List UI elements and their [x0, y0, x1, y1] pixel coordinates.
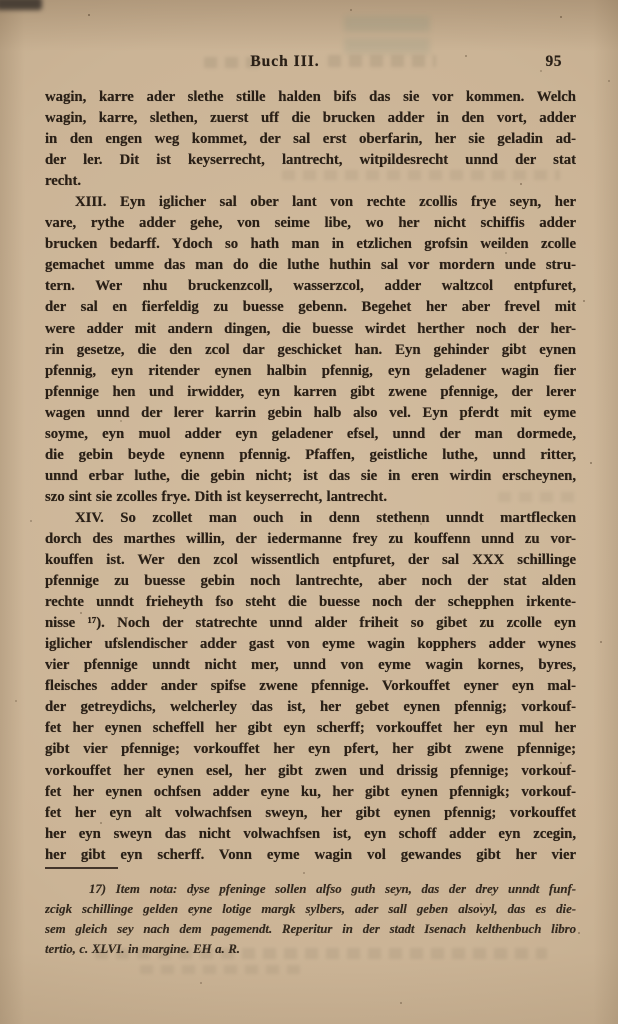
- text-line: kouffen ist. Wer den zcol wissentlich en…: [45, 550, 576, 571]
- text-line: iglicher ufslendischer adder gast von ey…: [45, 634, 576, 655]
- page-title: Buch III.: [210, 53, 360, 71]
- text-line: vier pfennige unndt nicht mer, unnd von …: [45, 655, 576, 676]
- running-head: Buch III. 95: [45, 53, 576, 73]
- text-line: XIV. So zcollet man ouch in denn stethen…: [45, 508, 576, 529]
- inkbleed-mark: [140, 965, 300, 974]
- paragraph: XIV. So zcollet man ouch in denn stethen…: [45, 508, 576, 866]
- text-line: unnd erbar luthe, die gebin nicht; ist d…: [45, 466, 576, 487]
- text-line: brucken bedarff. Ydoch so hath man in et…: [45, 234, 576, 255]
- text-line: recht.: [45, 171, 576, 192]
- text-line: 17) Item nota: dyse pfeninge sollen alfs…: [45, 879, 576, 899]
- text-line: fet her eynen ochfsen adder eyne ku, her…: [45, 782, 576, 803]
- text-line: gibt vier pfennige; vorkouffet her eyn p…: [45, 739, 576, 760]
- text-line: fleisches adder ander spifse zwene pfenn…: [45, 676, 576, 697]
- text-line: pfennige zu buesse gebin noch lantrechte…: [45, 571, 576, 592]
- text-line: der getreydichs, welcherley das ist, her…: [45, 697, 576, 718]
- text-line: tern. Wer nhu bruckenzcoll, wasserzcol, …: [45, 276, 576, 297]
- text-line: die gebin beyde eynenn pfennig. Pfaffen,…: [45, 445, 576, 466]
- text-line: zcigk schillinge gelden eyne lotige marg…: [45, 899, 576, 919]
- footnote: 17) Item nota: dyse pfeninge sollen alfs…: [45, 879, 576, 959]
- scan-dark-corner: [0, 0, 42, 10]
- text-line: her eyn sweyn das nicht volwachfsen ist,…: [45, 824, 576, 845]
- text-line: were adder mit andern dingen, die buesse…: [45, 319, 576, 340]
- text-line: der ler. Dit ist keyserrecht, lantrecht,…: [45, 150, 576, 171]
- text-line: gemachet umme das man do die luthe huthi…: [45, 255, 576, 276]
- text-line: pfennige hen und irwidder, eyn karren gi…: [45, 382, 576, 403]
- book-page-scan: Buch III. 95 wagin, karre ader slethe st…: [0, 0, 618, 1024]
- paragraph: wagin, karre ader slethe stille halden b…: [45, 87, 576, 192]
- text-line: pfennig, eyn ritender eynen halbin pfenn…: [45, 361, 576, 382]
- paragraph: XIII. Eyn iglicher sal ober lant von rec…: [45, 192, 576, 508]
- text-line: wagin, karre, slethen, zuerst uff die br…: [45, 108, 576, 129]
- text-line: szo sint sie zcolles frye. Dith ist keys…: [45, 487, 576, 508]
- text-line: soyme, eyn muol adder eyn geladener efse…: [45, 424, 576, 445]
- text-line: tertio, c. XLVI. in margine. EH a. R.: [45, 939, 576, 959]
- text-line: sem gleich sey nach dem pagemendt. Reper…: [45, 919, 576, 939]
- paper-specks: [0, 0, 2, 2]
- text-line: XIII. Eyn iglicher sal ober lant von rec…: [45, 192, 576, 213]
- text-line: fet her eynen scheffell her gibt eyn sch…: [45, 718, 576, 739]
- text-line: in den engen weg kommet, der sal erst ob…: [45, 129, 576, 150]
- page-number: 95: [546, 53, 563, 71]
- text-line: nisse ¹⁷). Noch der statrechte unnd alde…: [45, 613, 576, 634]
- text-line: rin gesetze, die den zcol dar geschicket…: [45, 340, 576, 361]
- text-line: wagin, karre ader slethe stille halden b…: [45, 87, 576, 108]
- text-line: dorch des marthes willin, der iedermanne…: [45, 529, 576, 550]
- body-text: wagin, karre ader slethe stille halden b…: [45, 87, 576, 866]
- text-line: wagen unnd der lerer karrin gebin halb a…: [45, 403, 576, 424]
- text-line: her gibt eyn scherff. Vonn eyme wagin vo…: [45, 845, 576, 866]
- text-line: fet her eyn alt volwachfsen sweyn, her g…: [45, 803, 576, 824]
- footnote-rule: [45, 867, 118, 869]
- text-line: der sal en fierfeldig zu buesse gebenn. …: [45, 297, 576, 318]
- text-line: vorkouffet her eynen esel, her gibt zwen…: [45, 761, 576, 782]
- text-line: rechte unndt frieheyth fso steht die bue…: [45, 592, 576, 613]
- text-line: vare, rythe adder gehe, von seime libe, …: [45, 213, 576, 234]
